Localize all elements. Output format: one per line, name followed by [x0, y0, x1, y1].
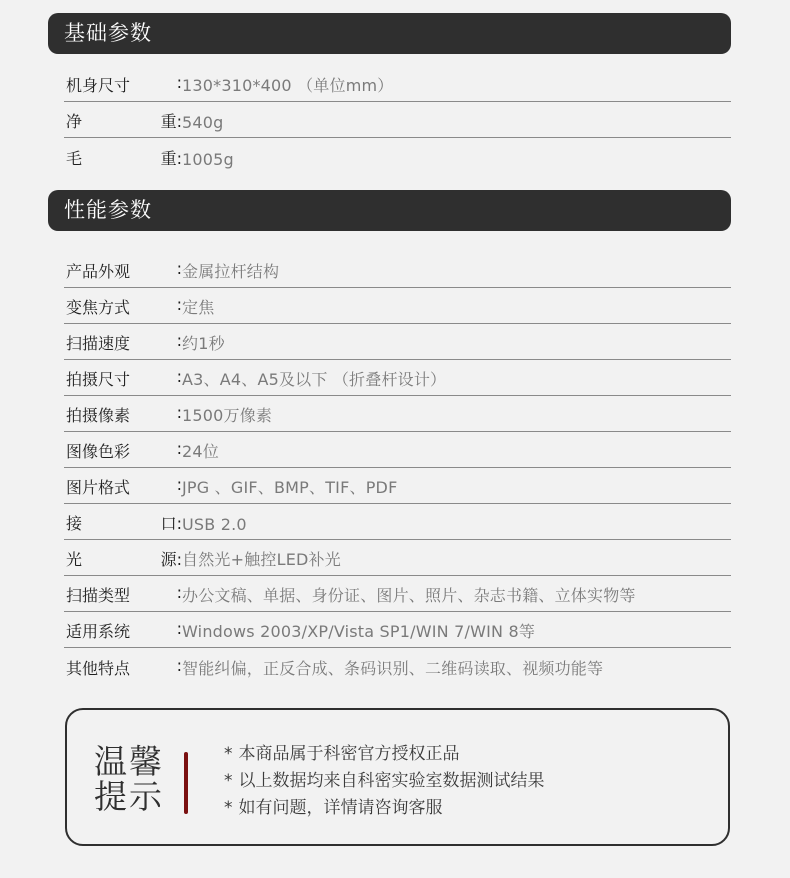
spec-label-text: 机身尺寸	[66, 73, 130, 96]
spec-row-scan-speed: 扫描速度: 约1秒	[64, 324, 731, 360]
spec-label-text: 产品外观	[66, 259, 130, 282]
spec-value: 24位	[182, 439, 219, 462]
notice-line: *本商品属于科密官方授权正品	[224, 741, 545, 768]
notice-title-line: 提示	[94, 779, 172, 814]
spec-label: 光 源:	[64, 547, 182, 570]
spec-row-color-depth: 图像色彩: 24位	[64, 432, 731, 468]
spec-value: 1500万像素	[182, 403, 272, 426]
spec-label-text: 拍摄像素	[66, 403, 130, 426]
spec-row-scan-types: 扫描类型: 办公文稿、单据、身份证、图片、照片、杂志书籍、立体实物等	[64, 576, 731, 612]
spec-label-text: 重	[161, 112, 177, 131]
spec-label-text: 重	[161, 149, 177, 168]
notice-box: 温馨 提示 *本商品属于科密官方授权正品 *以上数据均来自科密实验室数据测试结果…	[65, 708, 730, 846]
spec-label: 净 重:	[64, 109, 182, 132]
spec-label: 适用系统:	[64, 619, 182, 642]
spec-value: JPG 、GIF、BMP、TIF、PDF	[182, 475, 397, 498]
spec-label-text: 图片格式	[66, 475, 130, 498]
bullet-star-icon: *	[224, 771, 233, 791]
spec-row-image-format: 图片格式: JPG 、GIF、BMP、TIF、PDF	[64, 468, 731, 504]
spec-row-other-features: 其他特点: 智能纠偏，正反合成、条码识别、二维码读取、视频功能等	[64, 648, 731, 684]
bullet-star-icon: *	[224, 798, 233, 818]
spec-label-text: 光	[66, 547, 82, 570]
spec-label-text: 口	[161, 514, 177, 533]
spec-value: A3、A4、A5及以下 （折叠杆设计）	[182, 367, 446, 390]
spec-row-light-source: 光 源: 自然光+触控LED补光	[64, 540, 731, 576]
spec-row-capture-size: 拍摄尺寸: A3、A4、A5及以下 （折叠杆设计）	[64, 360, 731, 396]
spec-row-interface: 接 口: USB 2.0	[64, 504, 731, 540]
notice-line-text: 本商品属于科密官方授权正品	[239, 744, 460, 764]
bullet-star-icon: *	[224, 744, 233, 764]
spec-label-text: 扫描类型	[66, 583, 130, 606]
spec-label: 其他特点:	[64, 656, 182, 679]
spec-label: 变焦方式:	[64, 295, 182, 318]
spec-row-os: 适用系统: Windows 2003/XP/Vista SP1/WIN 7/WI…	[64, 612, 731, 648]
notice-line-text: 以上数据均来自科密实验室数据测试结果	[239, 771, 545, 791]
spec-label-text: 接	[66, 511, 82, 534]
section-header-performance: 性能参数	[48, 190, 731, 231]
spec-label-text: 拍摄尺寸	[66, 367, 130, 390]
spec-row-gross-weight: 毛 重: 1005g	[64, 138, 731, 174]
spec-value: USB 2.0	[182, 515, 247, 534]
spec-row-net-weight: 净 重: 540g	[64, 102, 731, 138]
spec-label-text: 毛	[66, 146, 82, 169]
notice-lines: *本商品属于科密官方授权正品 *以上数据均来自科密实验室数据测试结果 *如有问题…	[224, 741, 545, 822]
spec-value: 自然光+触控LED补光	[182, 547, 341, 570]
spec-row-appearance: 产品外观: 金属拉杆结构	[64, 252, 731, 288]
notice-accent-bar	[184, 752, 188, 814]
performance-params-list: 产品外观: 金属拉杆结构 变焦方式: 定焦 扫描速度: 约1秒 拍摄尺寸: A3…	[64, 252, 731, 684]
spec-value: 1005g	[182, 150, 234, 169]
spec-label: 扫描类型:	[64, 583, 182, 606]
spec-value: 130*310*400 （单位mm）	[182, 73, 393, 96]
spec-label-text: 扫描速度	[66, 331, 130, 354]
notice-title: 温馨 提示	[94, 744, 172, 814]
basic-params-list: 机身尺寸 : 130*310*400 （单位mm） 净 重: 540g 毛 重:…	[64, 66, 731, 174]
spec-label: 拍摄尺寸:	[64, 367, 182, 390]
notice-title-line: 温馨	[94, 744, 172, 779]
spec-label: 拍摄像素:	[64, 403, 182, 426]
spec-row-zoom-mode: 变焦方式: 定焦	[64, 288, 731, 324]
spec-label: 毛 重:	[64, 146, 182, 169]
spec-label: 接 口:	[64, 511, 182, 534]
spec-value: 约1秒	[182, 331, 225, 354]
notice-line: *如有问题，详情请咨询客服	[224, 795, 545, 822]
spec-label: 产品外观:	[64, 259, 182, 282]
spec-label-text: 净	[66, 109, 82, 132]
spec-value: 540g	[182, 113, 224, 132]
spec-row-dimensions: 机身尺寸 : 130*310*400 （单位mm）	[64, 66, 731, 102]
notice-line: *以上数据均来自科密实验室数据测试结果	[224, 768, 545, 795]
spec-label: 图像色彩:	[64, 439, 182, 462]
spec-value: 定焦	[182, 295, 214, 318]
spec-label: 图片格式:	[64, 475, 182, 498]
spec-label: 扫描速度:	[64, 331, 182, 354]
spec-label-text: 源	[161, 550, 177, 569]
spec-label-text: 变焦方式	[66, 295, 130, 318]
spec-label-text: 图像色彩	[66, 439, 130, 462]
spec-value: 金属拉杆结构	[182, 259, 279, 282]
notice-line-text: 如有问题，详情请咨询客服	[239, 798, 443, 818]
section-header-basic: 基础参数	[48, 13, 731, 54]
spec-label-text: 适用系统	[66, 619, 130, 642]
spec-value: 办公文稿、单据、身份证、图片、照片、杂志书籍、立体实物等	[182, 583, 636, 606]
spec-row-pixels: 拍摄像素: 1500万像素	[64, 396, 731, 432]
spec-label-text: 其他特点	[66, 656, 130, 679]
spec-label: 机身尺寸 :	[64, 73, 182, 96]
spec-value: 智能纠偏，正反合成、条码识别、二维码读取、视频功能等	[182, 656, 603, 679]
spec-value: Windows 2003/XP/Vista SP1/WIN 7/WIN 8等	[182, 619, 535, 642]
